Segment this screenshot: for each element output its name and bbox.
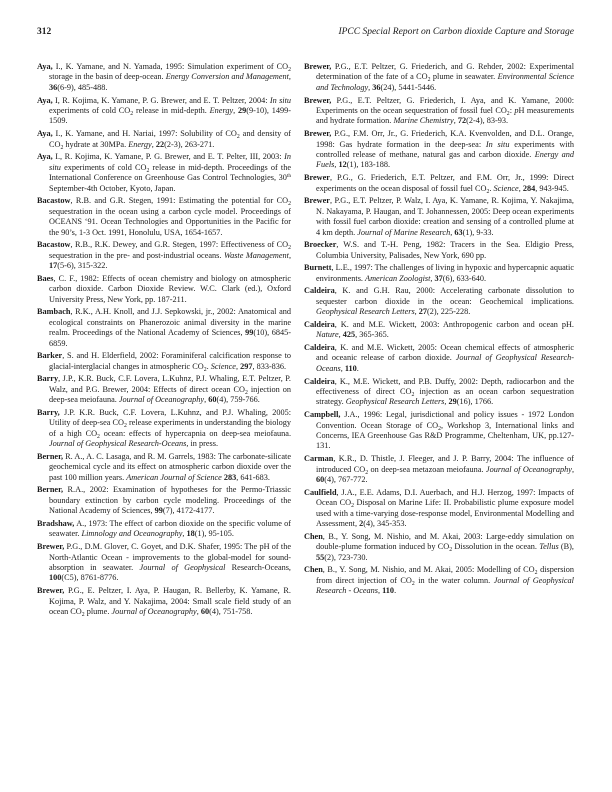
reference-entry: Brewer, P.G., E.T. Peltzer, P. Walz, I. … [304,196,574,238]
reference-entry: Berner, R.A., 2002: Examination of hypot… [37,485,291,516]
reference-author: Brewer [304,196,330,205]
reference-author: Chen [304,565,323,574]
reference-citation: , W.S. and T.-H. Peng, 1982: Tracers in … [316,240,574,259]
reference-entry: Brewer, P.G., G. Friederich, E.T. Peltze… [304,173,574,194]
reference-citation: P.G., D.M. Glover, C. Goyet, and D.K. Sh… [49,542,291,582]
reference-author: Caldeira [304,320,335,329]
reference-citation: , K., M.E. Wickett, and P.B. Duffy, 2002… [316,377,574,407]
reference-author: Chen [304,532,323,541]
reference-entry: Baes, C. F., 1982: Effects of ocean chem… [37,274,291,305]
reference-author: Caldeira [304,286,335,295]
reference-entry: Barry, J.P., K.R. Buck, C.F. Lovera, L.K… [37,374,291,405]
reference-entry: Caldeira, K. and M.E. Wickett, 2005: Oce… [304,343,574,374]
reference-entry: Caldeira, K. and G.H. Rau, 2000: Acceler… [304,286,574,317]
reference-author: Barker [37,351,62,360]
reference-citation: P.G., E.T. Peltzer, G. Friederich, and G… [316,62,574,92]
reference-entry: Aya, I., K. Yamane, and H. Nariai, 1997:… [37,129,291,150]
reference-citation: A., 1973: The effect of carbon dioxide o… [49,519,291,538]
reference-citation: , C. F., 1982: Effects of ocean chemistr… [49,274,291,304]
reference-author: Aya, [37,129,53,138]
reference-author: Caldeira [304,377,335,386]
reference-author: Baes [37,274,54,283]
reference-author: Bambach [37,307,70,316]
reference-citation: P.G., E.T. Peltzer, G. Friederich, I. Ay… [316,96,574,126]
reference-entry: Chen, B., Y. Song, M. Nishio, and M. Aka… [304,565,574,596]
reference-author: Caldeira [304,343,335,352]
page-number: 312 [37,27,51,37]
reference-column-left: Aya, I., K. Yamane, and N. Yamada, 1995:… [37,62,291,620]
reference-entry: Caulfield, J.A., E.E. Adams, D.I. Auerba… [304,488,574,530]
reference-citation: , B., Y. Song, M. Nishio, and M. Akai, 2… [316,532,574,562]
reference-entry: Caldeira, K., M.E. Wickett, and P.B. Duf… [304,377,574,408]
reference-author: Berner, [37,452,63,461]
reference-entry: Bradshaw, A., 1973: The effect of carbon… [37,519,291,540]
reference-citation: , S. and H. Elderfield, 2002: Foraminife… [49,351,291,370]
reference-author: Barry, [37,408,60,417]
reference-entry: Brewer, P.G., E. Peltzer, I. Aya, P. Hau… [37,586,291,617]
reference-citation: I, R. Kojima, K. Yamane, P. G. Brewer, a… [49,96,291,126]
reference-author: Brewer [304,173,330,182]
reference-entry: Brewer, P.G., E.T. Peltzer, G. Friederic… [304,96,574,127]
reference-author: Bradshaw, [37,519,74,528]
reference-author: Broecker [304,240,336,249]
reference-citation: , R.B. and G.R. Stegen, 1991: Estimating… [49,196,291,236]
reference-citation: I., K. Yamane, and H. Nariai, 1997: Solu… [49,129,291,148]
reference-entry: Brewer, P.G., D.M. Glover, C. Goyet, and… [37,542,291,584]
reference-entry: Broecker, W.S. and T.-H. Peng, 1982: Tra… [304,240,574,261]
reference-citation: , J.P., K.R. Buck, C.F. Lovera, L.Kuhnz,… [49,374,291,404]
reference-citation: P.G., F.M. Orr, Jr., G. Friederich, K.A.… [316,129,574,169]
reference-author: Berner, [37,485,63,494]
reference-citation: , K.R., D. Thistle, J. Fleeger, and J. P… [316,454,574,484]
reference-author: Aya, [37,96,53,105]
reference-citation: , L.E., 1997: The challenges of living i… [316,263,574,282]
reference-entry: Bacastow, R.B., R.K. Dewey, and G.R. Ste… [37,240,291,271]
running-title: IPCC Special Report on Carbon dioxide Ca… [338,27,574,37]
reference-author: Brewer, [37,586,64,595]
reference-author: Aya, [37,62,53,71]
reference-citation: R. A., A. C. Lasaga, and R. M. Garrels, … [49,452,291,482]
reference-citation: , K. and M.E. Wickett, 2005: Ocean chemi… [316,343,574,373]
reference-citation: J.P. K.R. Buck, C.F. Lovera, L.Kuhnz, an… [49,408,291,448]
reference-citation: I., R. Kojima, K. Yamane, P. G. Brewer, … [49,152,291,192]
reference-citation: , R.K., A.H. Knoll, and J.J. Sepkowski, … [49,307,291,347]
reference-author: Barry [37,374,58,383]
reference-author: Carman [304,454,333,463]
reference-author: Caulfield [304,488,337,497]
reference-entry: Aya, I., K. Yamane, and N. Yamada, 1995:… [37,62,291,93]
reference-citation: , R.B., R.K. Dewey, and G.R. Stegen, 199… [49,240,291,270]
reference-entry: Chen, B., Y. Song, M. Nishio, and M. Aka… [304,532,574,563]
reference-author: Aya, [37,152,53,161]
reference-citation: , P.G., G. Friederich, E.T. Peltzer, and… [316,173,574,192]
reference-citation: I., K. Yamane, and N. Yamada, 1995: Simu… [49,62,291,92]
reference-entry: Brewer, P.G., E.T. Peltzer, G. Friederic… [304,62,574,93]
reference-entry: Brewer, P.G., F.M. Orr, Jr., G. Friederi… [304,129,574,171]
reference-entry: Bacastow, R.B. and G.R. Stegen, 1991: Es… [37,196,291,238]
reference-citation: , K. and G.H. Rau, 2000: Accelerating ca… [316,286,574,316]
reference-author: Brewer, [304,129,331,138]
reference-author: Bacastow [37,240,70,249]
reference-author: Campbell, [304,410,340,419]
reference-citation: , B., Y. Song, M. Nishio, and M. Akai, 2… [316,565,574,595]
reference-entry: Aya, I, R. Kojima, K. Yamane, P. G. Brew… [37,96,291,127]
reference-entry: Aya, I., R. Kojima, K. Yamane, P. G. Bre… [37,152,291,194]
reference-author: Bacastow [37,196,70,205]
reference-citation: J.A., 1996: Legal, jurisdictional and po… [316,410,574,450]
reference-entry: Barry, J.P. K.R. Buck, C.F. Lovera, L.Ku… [37,408,291,450]
reference-entry: Carman, K.R., D. Thistle, J. Fleeger, an… [304,454,574,485]
reference-citation: , J.A., E.E. Adams, D.I. Auerbach, and H… [316,488,574,528]
reference-column-right: Brewer, P.G., E.T. Peltzer, G. Friederic… [304,62,574,599]
reference-entry: Burnett, L.E., 1997: The challenges of l… [304,263,574,284]
reference-citation: R.A., 2002: Examination of hypotheses fo… [49,485,291,515]
reference-entry: Berner, R. A., A. C. Lasaga, and R. M. G… [37,452,291,483]
reference-author: Brewer, [304,96,331,105]
reference-entry: Caldeira, K. and M.E. Wickett, 2003: Ant… [304,320,574,341]
reference-author: Brewer, [304,62,331,71]
reference-citation: , P.G., E.T. Peltzer, P. Walz, I. Aya, K… [316,196,574,236]
reference-entry: Bambach, R.K., A.H. Knoll, and J.J. Sepk… [37,307,291,349]
reference-citation: , K. and M.E. Wickett, 2003: Anthropogen… [316,320,574,339]
reference-author: Burnett [304,263,332,272]
reference-citation: P.G., E. Peltzer, I. Aya, P. Haugan, R. … [49,586,291,616]
reference-entry: Campbell, J.A., 1996: Legal, jurisdictio… [304,410,574,452]
reference-entry: Barker, S. and H. Elderfield, 2002: Fora… [37,351,291,372]
reference-author: Brewer, [37,542,64,551]
